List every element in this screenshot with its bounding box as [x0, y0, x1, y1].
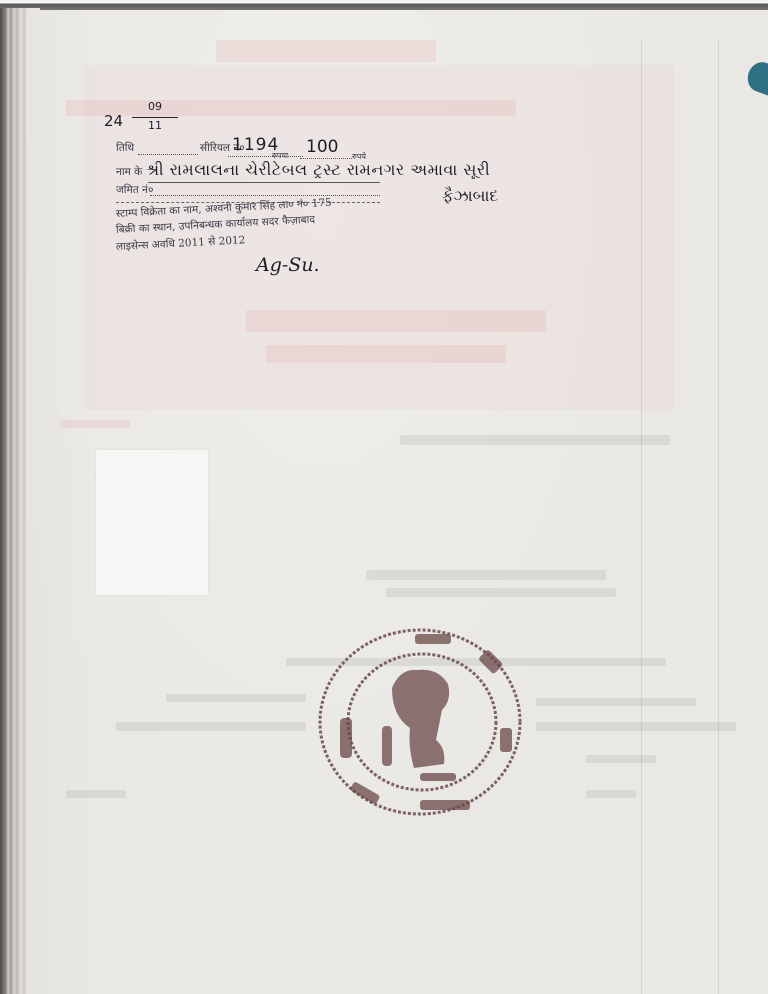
date-field-line: [138, 154, 198, 155]
show-through-text: [66, 100, 516, 116]
date-year: 11: [140, 119, 170, 132]
purchaser-name: શ્રી રામલાલના ચેરીટેબલ ટ્રસ્ટ રામનગર અમા…: [146, 160, 490, 180]
vendor-signature: Ag-Su.: [256, 254, 320, 276]
show-through-text: [386, 588, 616, 597]
fold-line: [718, 40, 719, 994]
show-through-text: [166, 694, 306, 702]
show-through-text: [116, 722, 306, 731]
show-through-text: [400, 435, 670, 445]
show-through-text: [266, 345, 506, 363]
show-through-text: [366, 570, 606, 580]
purchaser-city: ફૈઝાબાદ: [442, 186, 498, 206]
amount-value: 100: [306, 137, 338, 157]
stamp-paper-page: [26, 10, 768, 994]
name-field-line: [148, 182, 380, 183]
show-through-text: [586, 755, 656, 763]
amount-field-line: [300, 158, 352, 159]
show-through-text: [66, 790, 126, 798]
fold-line: [641, 40, 642, 994]
date-day: 24: [104, 112, 123, 130]
address-label: जमित नं०: [116, 183, 153, 197]
vendor-row-label: तिथि: [116, 141, 134, 155]
show-through-text: [60, 420, 130, 428]
date-month: 09: [140, 100, 170, 113]
paper-slip: [96, 450, 208, 595]
show-through-text: [246, 310, 546, 332]
address-field-line: [150, 195, 380, 196]
binder-tab: [744, 58, 768, 95]
serial-field-line: [228, 156, 303, 157]
show-through-text: [536, 698, 696, 706]
show-through-text: [536, 722, 736, 731]
name-label: नाम के: [116, 165, 142, 179]
date-divider: [132, 117, 178, 118]
official-seal-icon: [310, 618, 528, 823]
show-through-text: [216, 40, 436, 62]
show-through-text: [586, 790, 636, 798]
scanner-top-edge: [0, 0, 768, 10]
